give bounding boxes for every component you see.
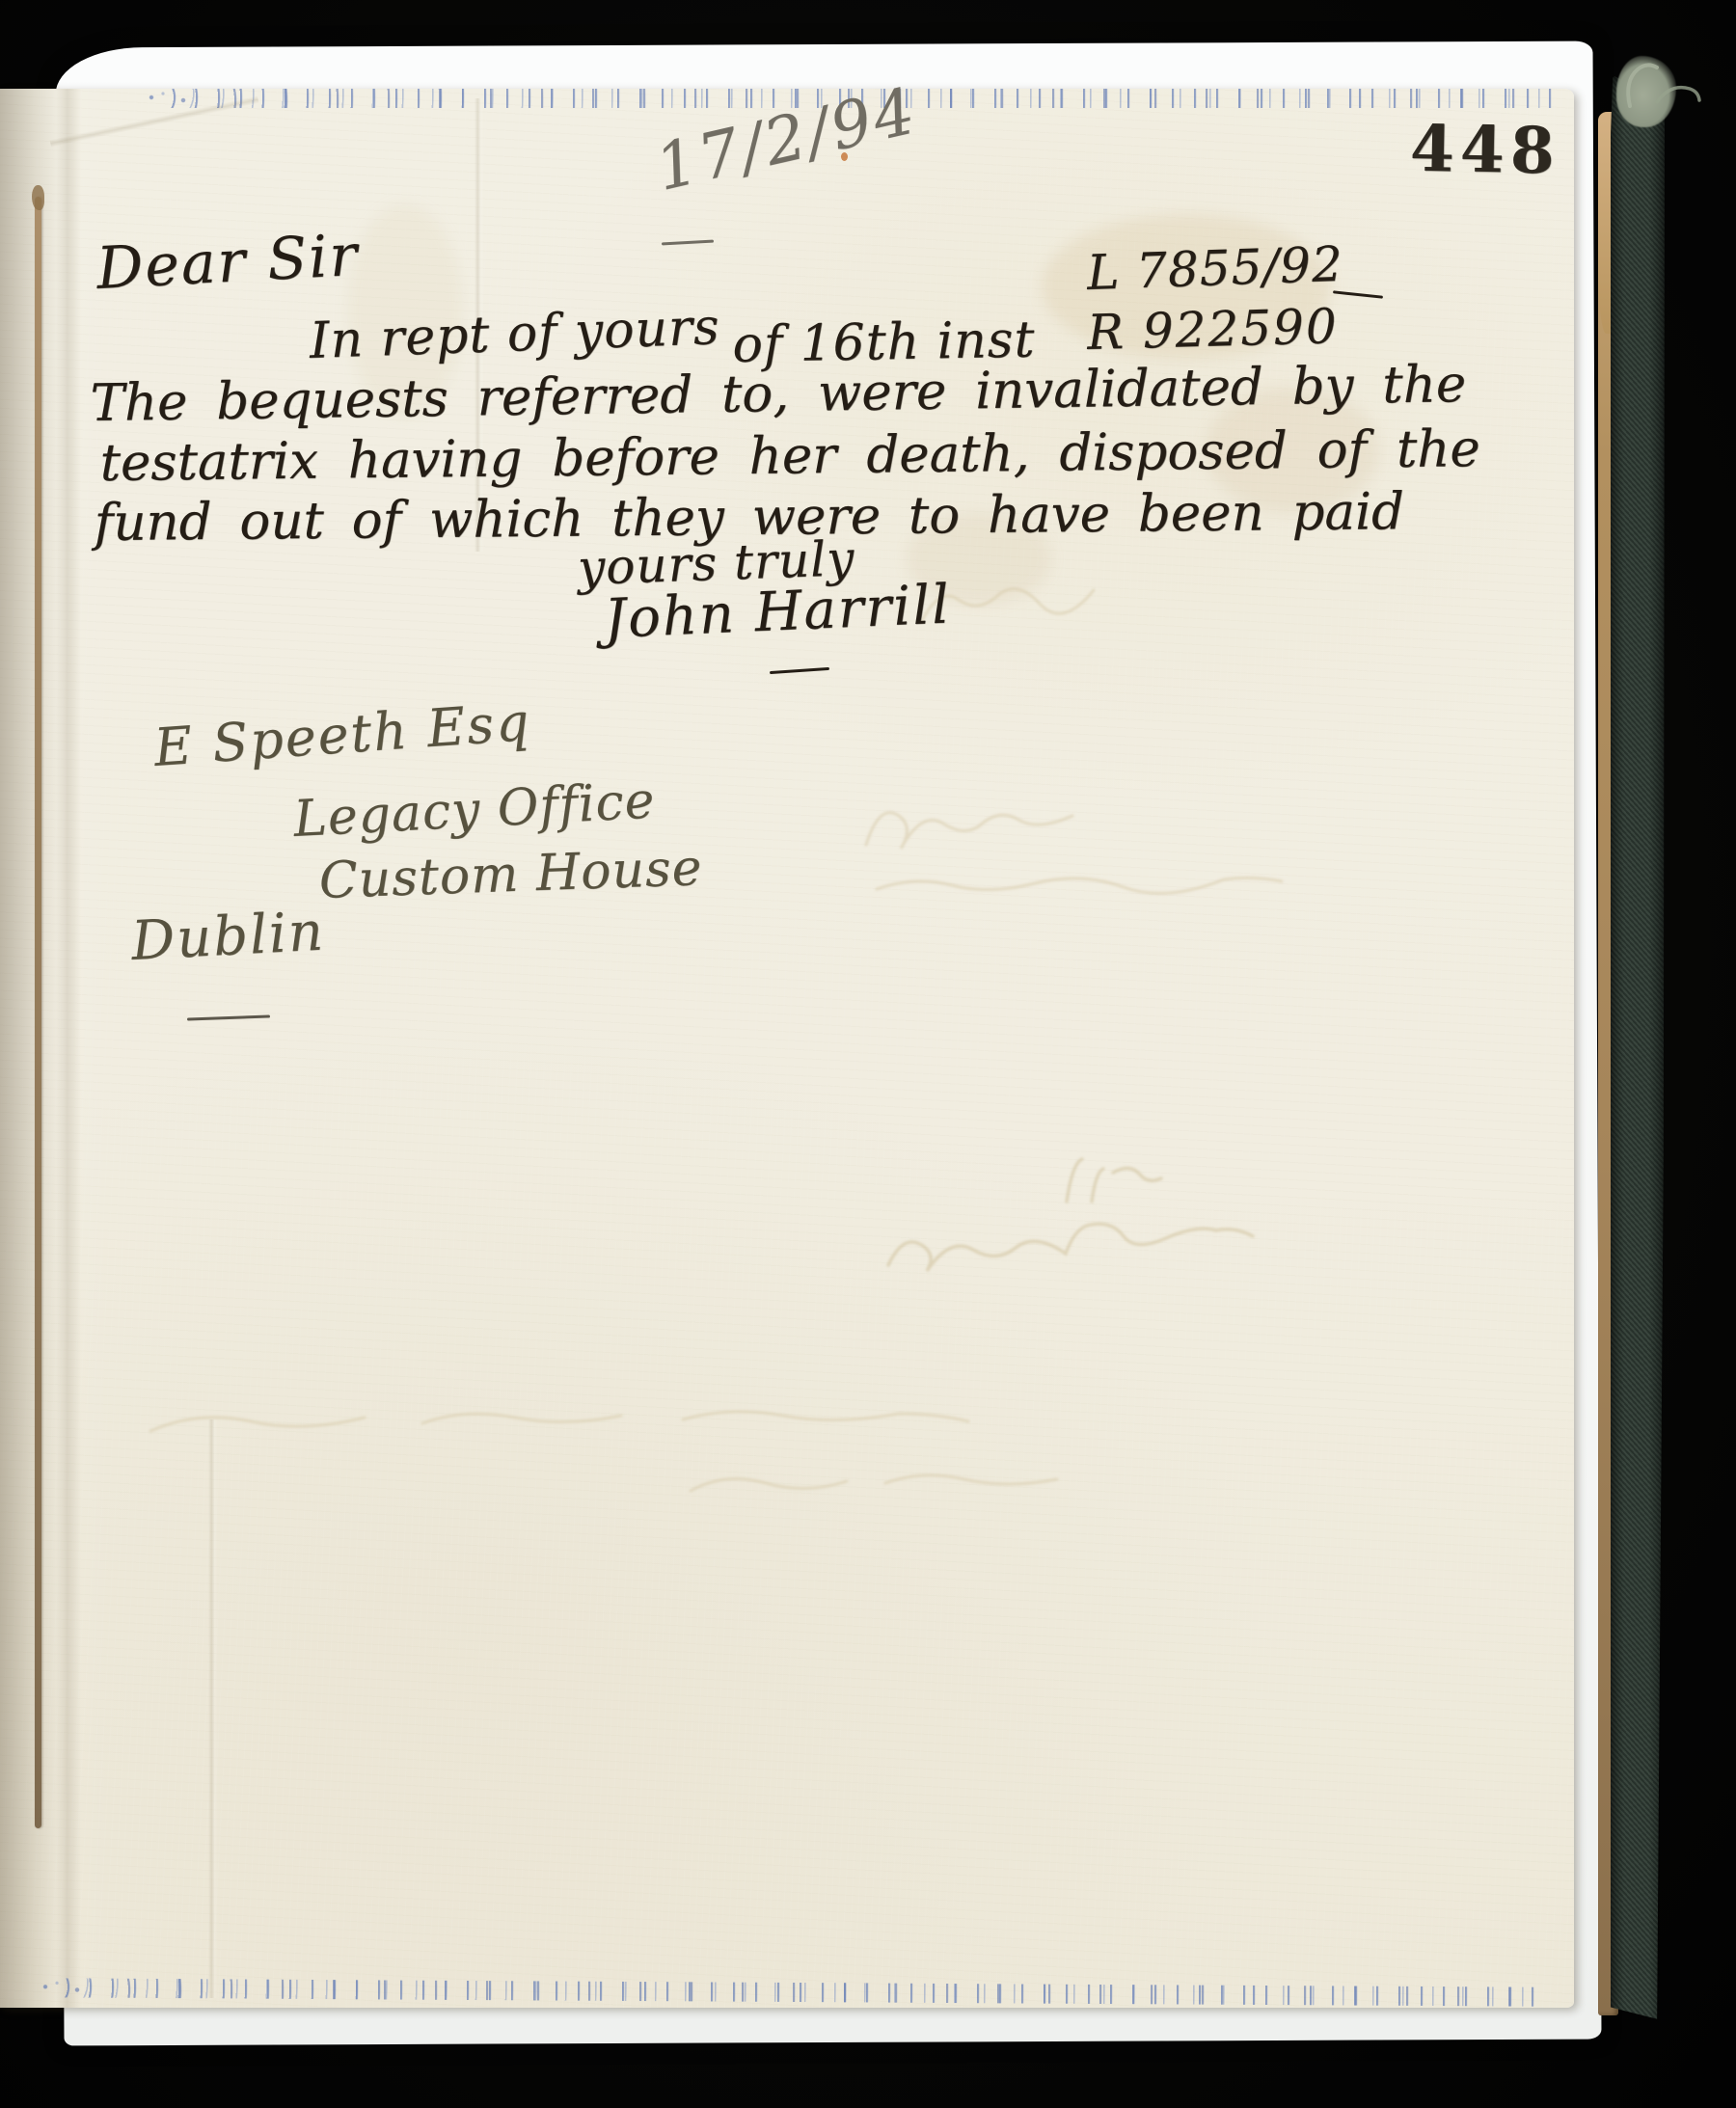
- ghost-writing: [858, 783, 1090, 875]
- addressee-line2: Legacy Office: [292, 771, 657, 849]
- binding-stitch-thread: [35, 197, 41, 1828]
- ghost-writing: [145, 1392, 1167, 1456]
- folio-number: 448: [1409, 111, 1560, 189]
- date-annotation: 17/2/94: [649, 73, 925, 205]
- binding-stitch-knot: [32, 185, 44, 210]
- book-cover-cloth-edge: [1611, 75, 1665, 2035]
- ghost-writing: [882, 1215, 1316, 1294]
- body-line-2: testatrix having before her death, dispo…: [99, 419, 1480, 493]
- salutation: Dear Sir: [95, 222, 360, 303]
- ghost-writing: [685, 1456, 1071, 1512]
- opening-phrase: In rept of yours: [309, 298, 721, 370]
- ghost-writing: [1057, 1146, 1173, 1218]
- addressee-underline: [187, 1015, 270, 1021]
- ghost-writing: [873, 862, 1326, 906]
- signature-flourish: [770, 667, 829, 674]
- addressee-name: E Speeth Esq: [152, 691, 533, 778]
- addressee-line3: Custom House: [318, 839, 703, 910]
- reference-number-2: R 922590: [1086, 298, 1339, 361]
- letter-page: 17/2/94 Dear Sir In rept of yours of 16t…: [0, 89, 1574, 2008]
- loose-threads: [1601, 39, 1707, 145]
- reference-number-1: L 7855/92: [1086, 236, 1344, 301]
- addressee-line4: Dublin: [130, 901, 327, 973]
- date-underline: [662, 240, 714, 246]
- reference-flourish: [1333, 290, 1383, 298]
- deckle-edge-bottom: [39, 1978, 1543, 2007]
- gutter-fold-crease: [56, 89, 81, 2008]
- paper-crease: [208, 1419, 218, 1998]
- ledger-book-scan: 17/2/94 Dear Sir In rept of yours of 16t…: [0, 0, 1736, 2108]
